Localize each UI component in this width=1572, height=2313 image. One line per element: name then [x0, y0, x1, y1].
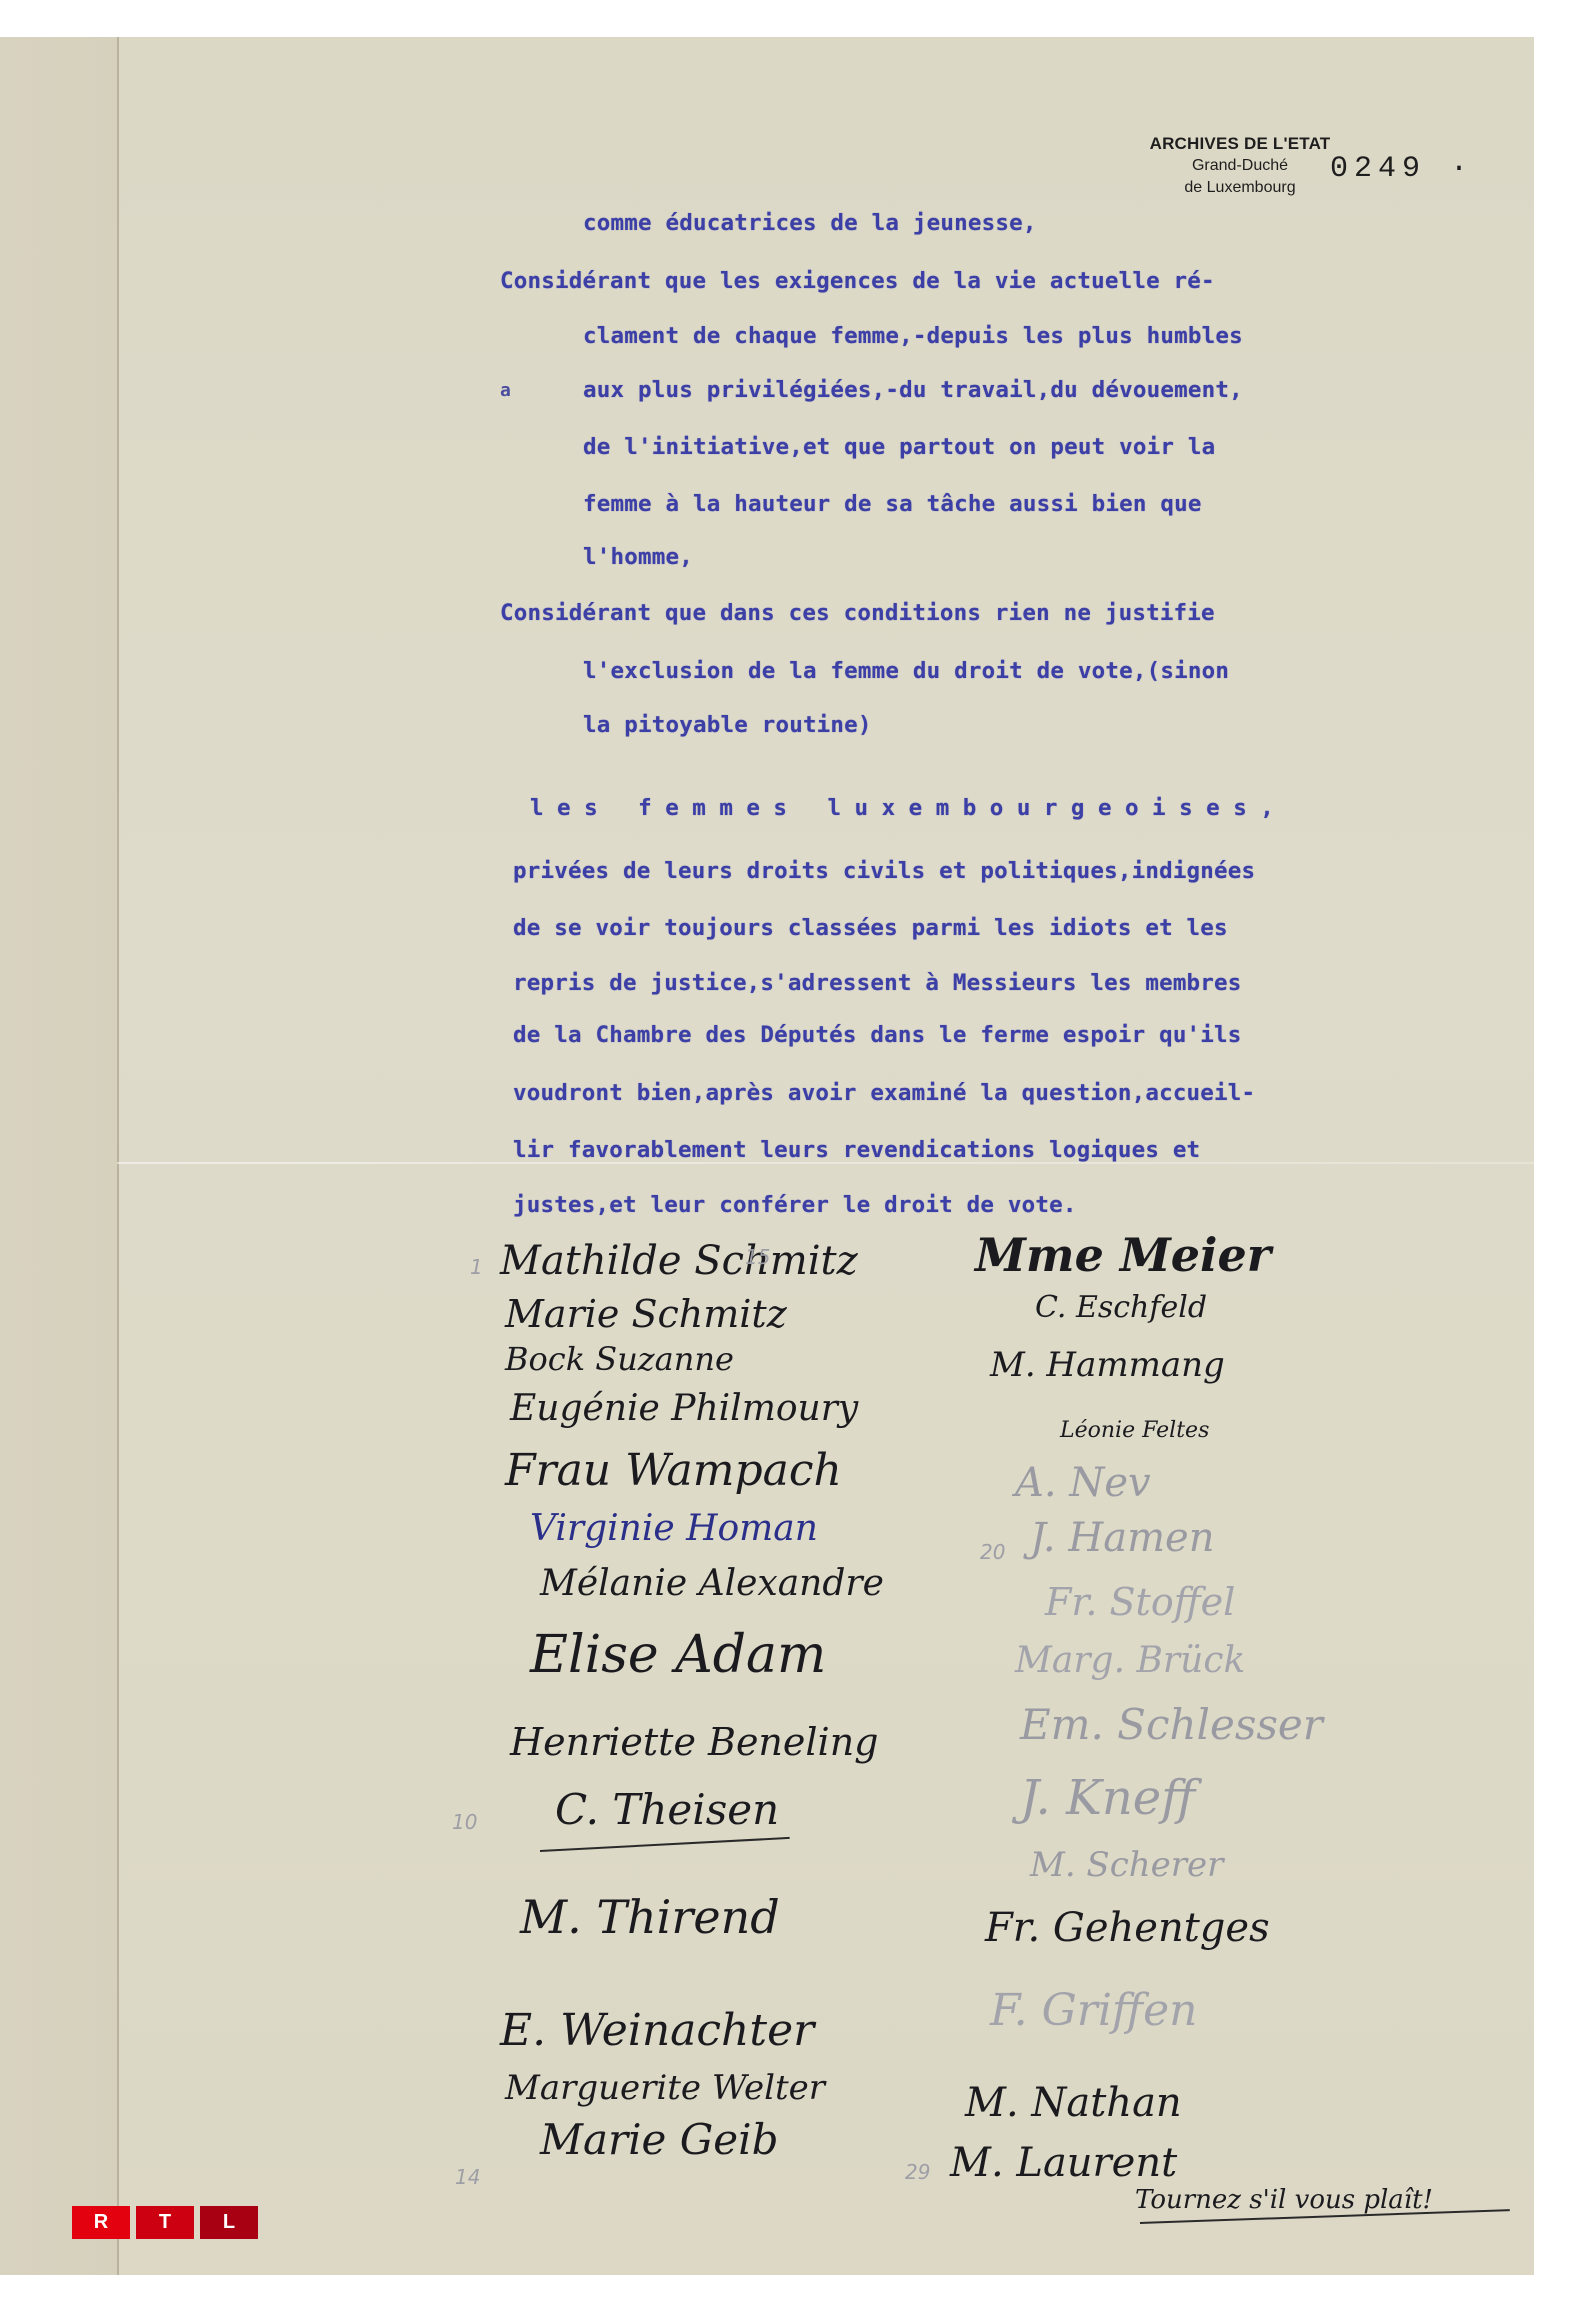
margin-number: 20: [980, 1540, 1005, 1564]
typed-line: lir favorablement leurs revendications l…: [513, 1137, 1200, 1163]
adjacent-page-edge: [0, 37, 119, 2275]
typed-line: clament de chaque femme,-depuis les plus…: [583, 323, 1243, 349]
signature: Bock Suzanne: [505, 1340, 734, 1378]
signature: A. Nev: [1015, 1460, 1151, 1506]
signature: Marguerite Welter: [505, 2068, 825, 2108]
typed-line: Considérant que dans ces conditions rien…: [500, 600, 1215, 626]
signature: M. Hammang: [990, 1345, 1225, 1385]
typed-line: femme à la hauteur de sa tâche aussi bie…: [583, 491, 1202, 517]
signature: Léonie Feltes: [1060, 1418, 1209, 1443]
margin-mark: a: [500, 380, 511, 401]
typed-line: de la Chambre des Députés dans le ferme …: [513, 1022, 1242, 1048]
signature: Marie Geib: [540, 2115, 779, 2164]
typed-line: comme éducatrices de la jeunesse,: [583, 210, 1037, 236]
signature: Mathilde Schmitz: [500, 1238, 858, 1284]
signature: Em. Schlesser: [1020, 1700, 1323, 1749]
signature: Frau Wampach: [505, 1445, 842, 1496]
typed-line: repris de justice,s'adressent à Messieur…: [513, 970, 1242, 996]
signature: M. Nathan: [965, 2080, 1182, 2126]
signature: Eugénie Philmoury: [510, 1388, 858, 1429]
postscript-note: Tournez s'il vous plaît!: [1135, 2185, 1433, 2215]
rtl-letter-r: R: [72, 2206, 130, 2239]
typed-line: de se voir toujours classées parmi les i…: [513, 915, 1228, 941]
margin-number: 10: [452, 1810, 477, 1834]
signature: Marg. Brück: [1015, 1640, 1245, 1681]
typed-heading: les femmes luxembourgeoises,: [530, 795, 1287, 821]
signature: Marie Schmitz: [505, 1292, 787, 1336]
typed-line: l'homme,: [583, 544, 693, 570]
stamp-line-3: de Luxembourg: [1145, 177, 1335, 199]
signature: M. Scherer: [1030, 1845, 1223, 1885]
typed-line: l'exclusion de la femme du droit de vote…: [583, 658, 1229, 684]
rtl-logo: R T L: [72, 2206, 258, 2239]
signature: Henriette Beneling: [510, 1720, 879, 1764]
signature: Fr. Gehentges: [985, 1905, 1270, 1951]
margin-number: 15: [745, 1245, 770, 1269]
signature: C. Theisen: [555, 1785, 779, 1834]
signature: M. Laurent: [950, 2140, 1177, 2186]
margin-number: 14: [455, 2165, 480, 2189]
archive-stamp: ARCHIVES DE L'ETAT Grand-Duché de Luxemb…: [1145, 133, 1335, 199]
signature: E. Weinachter: [500, 2005, 814, 2056]
signature: Virginie Homan: [530, 1508, 818, 1549]
archive-number: 0249 ·: [1330, 152, 1474, 186]
margin-number: 29: [905, 2160, 930, 2184]
typed-line: de l'initiative,et que partout on peut v…: [583, 434, 1215, 460]
signature: Mme Meier: [975, 1228, 1271, 1282]
stamp-line-1: ARCHIVES DE L'ETAT: [1145, 133, 1335, 155]
typed-line: privées de leurs droits civils et politi…: [513, 858, 1255, 884]
signature: J. Kneff: [1020, 1770, 1195, 1826]
signature: Fr. Stoffel: [1045, 1580, 1235, 1624]
typed-line: Considérant que les exigences de la vie …: [500, 268, 1215, 294]
typed-line: aux plus privilégiées,-du travail,du dév…: [583, 377, 1243, 403]
signature: M. Thirend: [520, 1890, 780, 1944]
signature: J. Hamen: [1030, 1515, 1214, 1561]
rtl-letter-l: L: [200, 2206, 258, 2239]
typed-line: justes,et leur conférer le droit de vote…: [513, 1192, 1077, 1218]
rtl-letter-t: T: [136, 2206, 194, 2239]
signature: Mélanie Alexandre: [540, 1563, 884, 1604]
stamp-line-2: Grand-Duché: [1145, 155, 1335, 177]
typed-line: voudront bien,après avoir examiné la que…: [513, 1080, 1255, 1106]
margin-number: 1: [470, 1255, 483, 1279]
signature: F. Griffen: [990, 1985, 1197, 2036]
signature: C. Eschfeld: [1035, 1290, 1207, 1325]
typed-line: la pitoyable routine): [583, 712, 872, 738]
signature: Elise Adam: [530, 1625, 826, 1685]
